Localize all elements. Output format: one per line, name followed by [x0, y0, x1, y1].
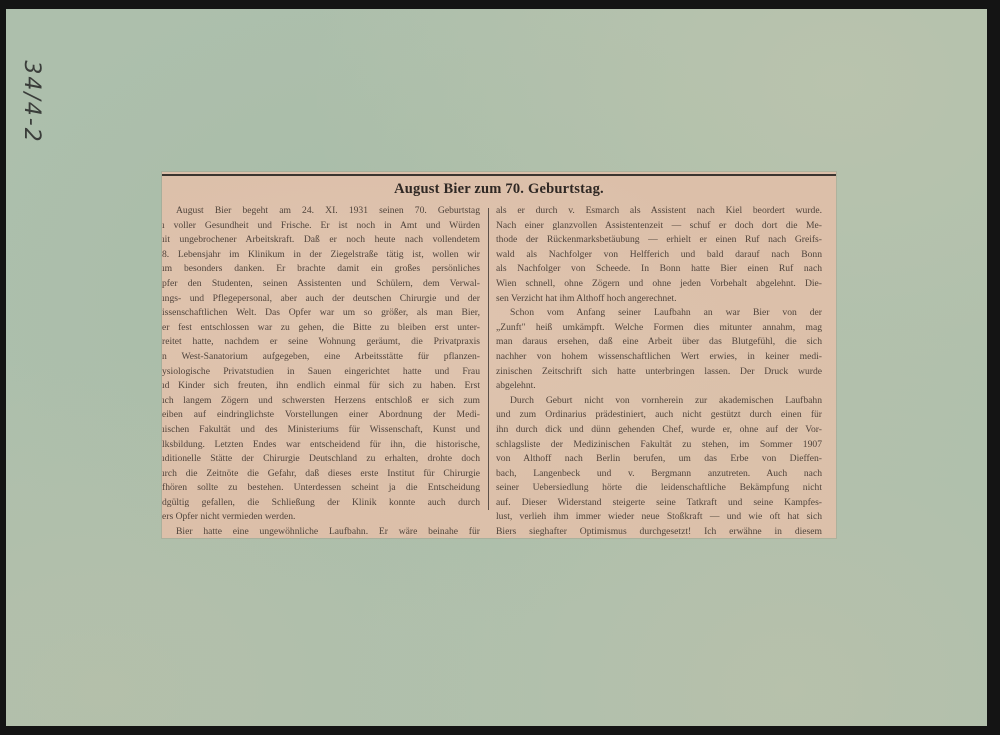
article-line: man daraus ersehen, daß eine Arbeit über…	[496, 335, 822, 350]
handwritten-catalog-number: 34/4-2	[18, 47, 44, 157]
article-line: als er durch v. Esmarch als Assistent na…	[496, 204, 822, 219]
article-line: ı voller Gesundheit und Frische. Er ist …	[162, 219, 480, 234]
article-line: reitet hatte, nachdem er seine Wohnung g…	[162, 335, 480, 350]
article-line: ıch langem Zögern und schwersten Herzens…	[162, 394, 480, 409]
headline-rule	[162, 174, 836, 176]
article-line: seiner Uebersiedlung hörte die leidensch…	[496, 481, 822, 496]
article-line: fhören sollte zu bestehen. Unterdessen s…	[162, 481, 480, 496]
article-line: und zum Ordinarius prädestiniert, auch n…	[496, 408, 822, 423]
article-line: als Nachfolger von Scheede. In Bonn hatt…	[496, 262, 822, 277]
article-line: ıischen Fakultät und des Ministeriums fü…	[162, 423, 480, 438]
article-line: sen Verzicht hat ihm Althoff hoch angere…	[496, 292, 822, 307]
article-headline: August Bier zum 70. Geburtstag.	[162, 181, 836, 198]
article-column-right: als er durch v. Esmarch als Assistent na…	[496, 204, 822, 538]
article-line: Durch Geburt nicht von vornherein zur ak…	[496, 394, 822, 409]
article-line: thode der Rückenmarksbetäubung — erhielt…	[496, 233, 822, 248]
article-line: ıd Kinder sich freuten, ihn endlich einm…	[162, 379, 480, 394]
article-column-left: August Bier begeht am 24. XI. 1931 seine…	[162, 204, 480, 538]
article-line: zinischen Zeitschrift sich hatte unterbr…	[496, 365, 822, 380]
article-line: schlagsliste der Medizinischen Fakultät …	[496, 438, 822, 453]
article-line: ysiologische Privatstudien in Sauen eing…	[162, 365, 480, 380]
handwritten-note-text: 34/4-2	[20, 60, 42, 143]
article-line: ıditionelle Stätte der Chirurgie Deutsch…	[162, 452, 480, 467]
article-line: Biers sieghafter Optimismus durchgesetzt…	[496, 525, 822, 538]
article-line: ım besonders danken. Er brachte damit ei…	[162, 262, 480, 277]
article-line: dgültig gefallen, die Schließung der Kli…	[162, 496, 480, 511]
article-line: August Bier begeht am 24. XI. 1931 seine…	[162, 204, 480, 219]
article-line: lust, verlieh ihm immer wieder neue Stoß…	[496, 510, 822, 525]
article-line: eiben auf eindringlichste Vorstellungen …	[162, 408, 480, 423]
article-line: von Althoff nach Berlin berufen, um das …	[496, 452, 822, 467]
article-line: lksbildung. Letzten Endes war entscheide…	[162, 438, 480, 453]
article-line: Nach einer glanzvollen Assistentenzeit —…	[496, 219, 822, 234]
article-line: ers Opfer nicht vermieden werden.	[162, 510, 480, 525]
article-line: n West-Sanatorium aufgegeben, eine Arbei…	[162, 350, 480, 365]
article-line: Bier hatte eine ungewöhnliche Laufbahn. …	[162, 525, 480, 538]
article-line: bach, Langenbeck und v. Bergmann anzutre…	[496, 467, 822, 482]
article-line: pfer den Studenten, seinen Assistenten u…	[162, 277, 480, 292]
article-line: ıngs- und Pflegepersonal, aber auch der …	[162, 292, 480, 307]
article-line: ihn durch dick und dünn gehenden Chef, w…	[496, 423, 822, 438]
article-line: er fest entschlossen war zu gehen, die B…	[162, 321, 480, 336]
article-line: wald als Nachfolger von Helfferich und b…	[496, 248, 822, 263]
article-line: nachher von hohem wissenschaftlichen Wer…	[496, 350, 822, 365]
article-line: 8. Lebensjahr im Klinikum in der Ziegels…	[162, 248, 480, 263]
newspaper-clipping: August Bier zum 70. Geburtstag. August B…	[162, 172, 836, 538]
archive-card: 34/4-2 August Bier zum 70. Geburtstag. A…	[6, 9, 987, 726]
article-line: auf. Dieser Widerstand steigerte seine T…	[496, 496, 822, 511]
article-line: Wien schnell, ohne Zögern und ohne jeden…	[496, 277, 822, 292]
article-line: „Zunft" heiß umkämpft. Welche Formen die…	[496, 321, 822, 336]
article-line: issenschaftlichen Welt. Das Opfer war um…	[162, 306, 480, 321]
article-line: ırch die Zeitnöte die Gefahr, daß dieses…	[162, 467, 480, 482]
article-line: Schon vom Anfang seiner Laufbahn an war …	[496, 306, 822, 321]
article-line: abgelehnt.	[496, 379, 822, 394]
column-divider	[488, 208, 489, 510]
article-line: ıit ungebrochener Arbeitskraft. Daß er n…	[162, 233, 480, 248]
